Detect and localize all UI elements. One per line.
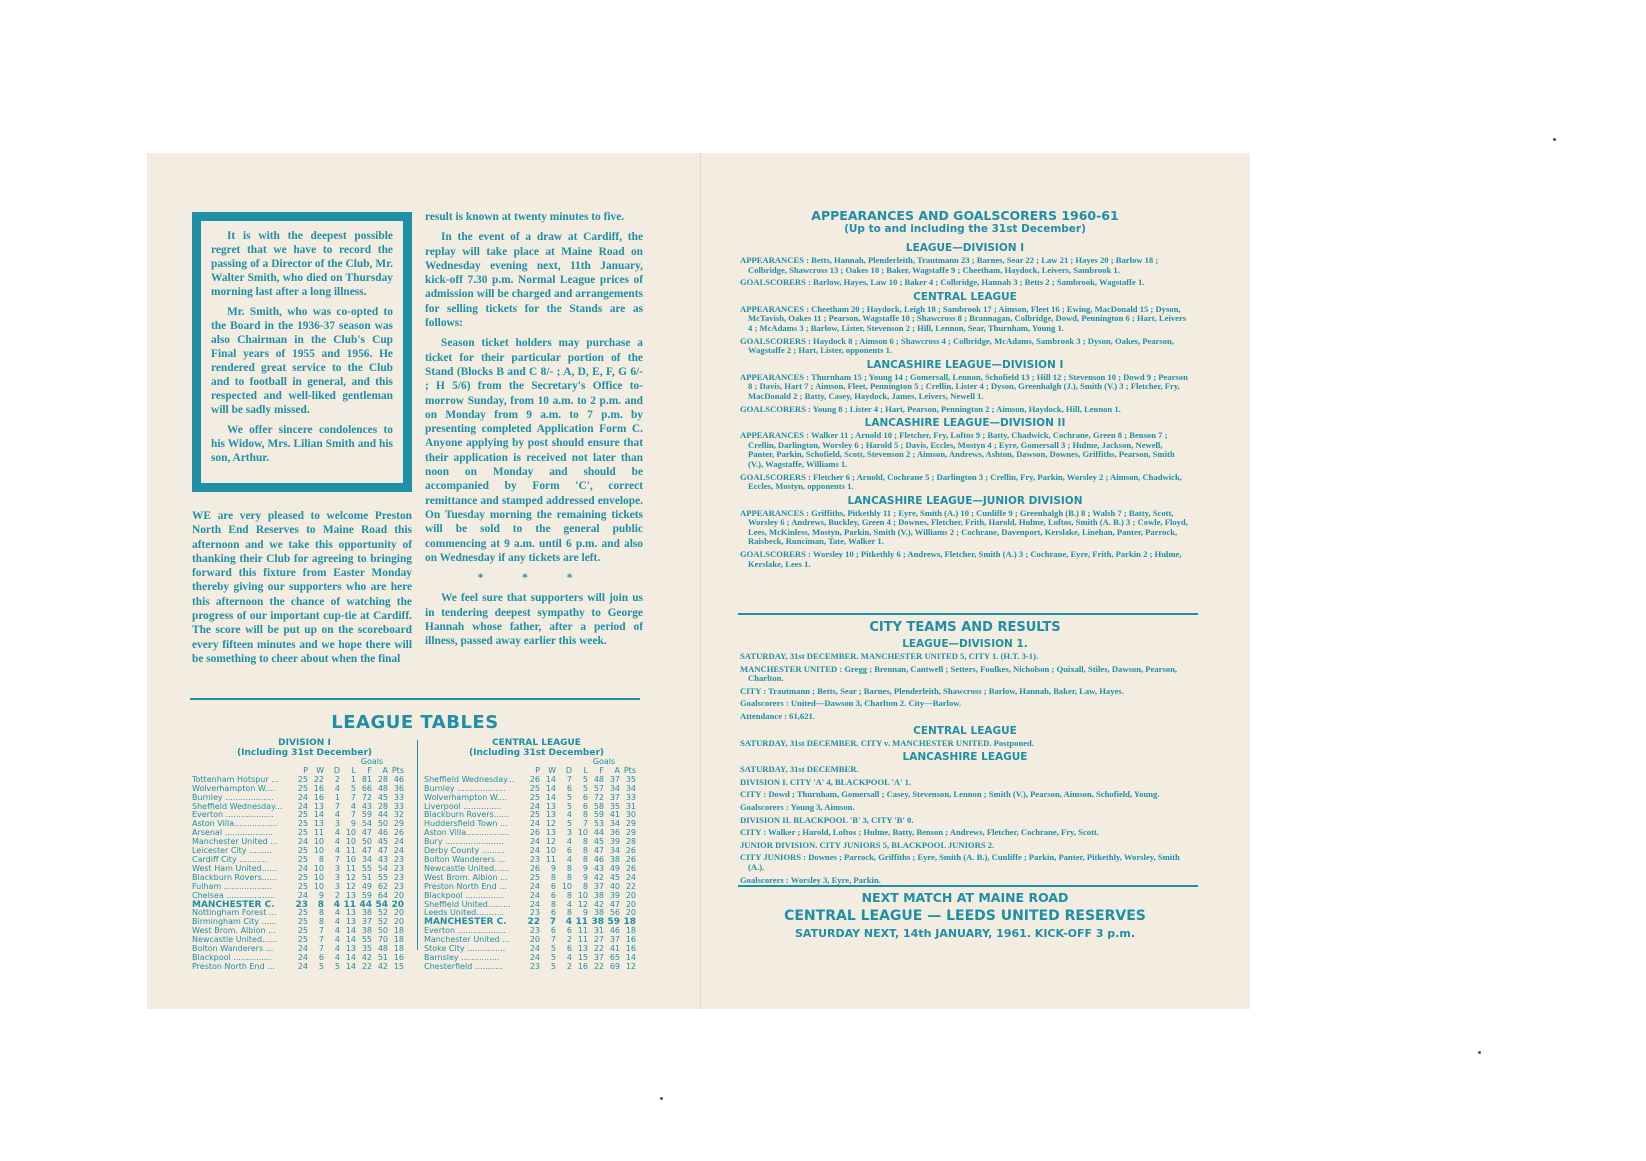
replay-paragraph: In the event of a draw at Cardiff, the r… xyxy=(425,230,643,330)
appearances-subtitle: (Up to and including the 31st December) xyxy=(740,223,1190,236)
memorial-notice: It is with the deepest possible regret t… xyxy=(192,212,412,492)
speck xyxy=(1478,1051,1481,1054)
ticket-paragraph: Season ticket holders may purchase a tic… xyxy=(425,336,643,565)
league-tables-title: LEAGUE TABLES xyxy=(190,712,640,733)
divider-rule xyxy=(738,885,1198,887)
stat-cell: 5 xyxy=(540,963,556,972)
results-title: CITY TEAMS AND RESULTS xyxy=(740,620,1190,636)
speck xyxy=(660,1097,663,1100)
divider-rule xyxy=(190,698,640,700)
stat-cell: 12 xyxy=(620,963,636,972)
result-line: DIVISION I. CITY 'A' 4, BLACKPOOL 'A' 1. xyxy=(740,778,1190,788)
section-heading: LANCASHIRE LEAGUE—DIVISION I xyxy=(740,359,1190,372)
section-divider-stars: * * * xyxy=(425,571,643,585)
table-divider xyxy=(417,740,418,950)
appearances-list: APPEARANCES : Betts, Hannah, Plenderleit… xyxy=(740,256,1190,275)
memorial-paragraph: Mr. Smith, who was co-opted to the Board… xyxy=(211,305,393,417)
next-match-section: NEXT MATCH AT MAINE ROAD CENTRAL LEAGUE … xyxy=(740,890,1190,942)
result-line: SATURDAY, 31st DECEMBER. MANCHESTER UNIT… xyxy=(740,652,1190,662)
section-heading: LEAGUE—DIVISION 1. xyxy=(740,638,1190,651)
sympathy-paragraph: We feel sure that supporters will join u… xyxy=(425,591,643,648)
stat-cell: 15 xyxy=(388,963,404,972)
division1-title: DIVISION I xyxy=(192,738,417,748)
next-match-date: SATURDAY NEXT, 14th JANUARY, 1961. KICK-… xyxy=(740,926,1190,942)
stat-cell: 22 xyxy=(588,963,604,972)
result-line: CITY : Trautmann ; Betts, Sear ; Barnes,… xyxy=(740,687,1190,697)
team-name: Chesterfield ........... xyxy=(424,963,524,972)
result-line: Goalscorers : United—Dawson 3, Charlton … xyxy=(740,699,1190,709)
appearances-title: APPEARANCES AND GOALSCORERS 1960-61 xyxy=(740,208,1190,223)
section-heading: CENTRAL LEAGUE xyxy=(740,291,1190,304)
welcome-paragraph: WE are very pleased to welcome Preston N… xyxy=(192,509,412,666)
stat-cell: 5 xyxy=(324,963,340,972)
next-match-fixture: CENTRAL LEAGUE — LEEDS UNITED RESERVES xyxy=(740,906,1190,926)
speck xyxy=(1553,138,1556,141)
goalscorers-list: GOALSCORERS : Fletcher 6 ; Arnold, Cochr… xyxy=(740,473,1190,492)
table-row: Preston North End ...245514224215 xyxy=(192,963,404,972)
result-line: CITY : Dowd ; Thurnham, Gomersall ; Case… xyxy=(740,790,1190,800)
result-line: CITY : Walker ; Harold, Loftos ; Hulme, … xyxy=(740,828,1190,838)
result-line: MANCHESTER UNITED : Gregg ; Brennan, Can… xyxy=(740,665,1190,684)
stat-cell: 14 xyxy=(340,963,356,972)
stat-cell: 5 xyxy=(308,963,324,972)
stat-cell: 24 xyxy=(292,963,308,972)
next-match-heading: NEXT MATCH AT MAINE ROAD xyxy=(740,890,1190,906)
result-line: SATURDAY, 31st DECEMBER. xyxy=(740,765,1190,775)
stat-cell: 2 xyxy=(556,963,572,972)
goalscorers-list: GOALSCORERS : Haydock 8 ; Aimson 6 ; Sha… xyxy=(740,337,1190,356)
result-line: SATURDAY, 31st DECEMBER. CITY v. MANCHES… xyxy=(740,739,1190,749)
memorial-paragraph: We offer sincere condolences to his Wido… xyxy=(211,423,393,465)
stat-cell: 42 xyxy=(372,963,388,972)
central-league-table: CENTRAL LEAGUE (Including 31st December)… xyxy=(424,738,649,972)
central-title: CENTRAL LEAGUE xyxy=(424,738,649,748)
result-line: JUNIOR DIVISION. CITY JUNIORS 5, BLACKPO… xyxy=(740,841,1190,851)
result-line: CITY JUNIORS : Downes ; Parrock, Griffit… xyxy=(740,853,1190,872)
section-heading: LANCASHIRE LEAGUE xyxy=(740,751,1190,764)
division1-subtitle: (Including 31st December) xyxy=(192,748,417,758)
page-fold xyxy=(700,153,701,1009)
central-subtitle: (Including 31st December) xyxy=(424,748,649,758)
stat-cell: 16 xyxy=(572,963,588,972)
division1-table: DIVISION I (Including 31st December) Goa… xyxy=(192,738,417,972)
results-section: CITY TEAMS AND RESULTS LEAGUE—DIVISION 1… xyxy=(740,620,1190,888)
memorial-paragraph: It is with the deepest possible regret t… xyxy=(211,229,393,299)
goalscorers-list: GOALSCORERS : Barlow, Hayes, Law 10 ; Ba… xyxy=(740,278,1190,288)
stat-cell: 23 xyxy=(524,963,540,972)
table-row: Chesterfield ...........235216226912 xyxy=(424,963,636,972)
section-heading: LANCASHIRE LEAGUE—JUNIOR DIVISION xyxy=(740,495,1190,508)
stat-cell: 22 xyxy=(356,963,372,972)
result-line: Attendance : 61,621. xyxy=(740,712,1190,722)
result-time-paragraph: result is known at twenty minutes to fiv… xyxy=(425,210,643,224)
result-line: DIVISION II. BLACKPOOL 'B' 3, CITY 'B' 0… xyxy=(740,816,1190,826)
result-line: Goalscorers : Worsley 3, Eyre, Parkin. xyxy=(740,876,1190,886)
result-line: Goalscorers : Young 3, Aimson. xyxy=(740,803,1190,813)
section-heading: LEAGUE—DIVISION I xyxy=(740,242,1190,255)
cup-tie-notice: result is known at twenty minutes to fiv… xyxy=(425,210,643,655)
appearances-list: APPEARANCES : Cheetham 20 ; Haydock, Lei… xyxy=(740,305,1190,334)
stat-cell: 69 xyxy=(604,963,620,972)
appearances-section: APPEARANCES AND GOALSCORERS 1960-61 (Up … xyxy=(740,208,1190,572)
welcome-text-block: WE are very pleased to welcome Preston N… xyxy=(192,509,412,672)
appearances-list: APPEARANCES : Thurnham 15 ; Young 14 ; G… xyxy=(740,373,1190,402)
appearances-list: APPEARANCES : Walker 11 ; Arnold 10 ; Fl… xyxy=(740,431,1190,469)
team-name: Preston North End ... xyxy=(192,963,292,972)
divider-rule xyxy=(738,613,1198,615)
appearances-list: APPEARANCES : Griffiths, Pitkethly 11 ; … xyxy=(740,509,1190,547)
goalscorers-list: GOALSCORERS : Worsley 10 ; Pitkethly 6 ;… xyxy=(740,550,1190,569)
goalscorers-list: GOALSCORERS : Young 8 ; Lister 4 ; Hart,… xyxy=(740,405,1190,415)
section-heading: CENTRAL LEAGUE xyxy=(740,725,1190,738)
section-heading: LANCASHIRE LEAGUE—DIVISION II xyxy=(740,417,1190,430)
